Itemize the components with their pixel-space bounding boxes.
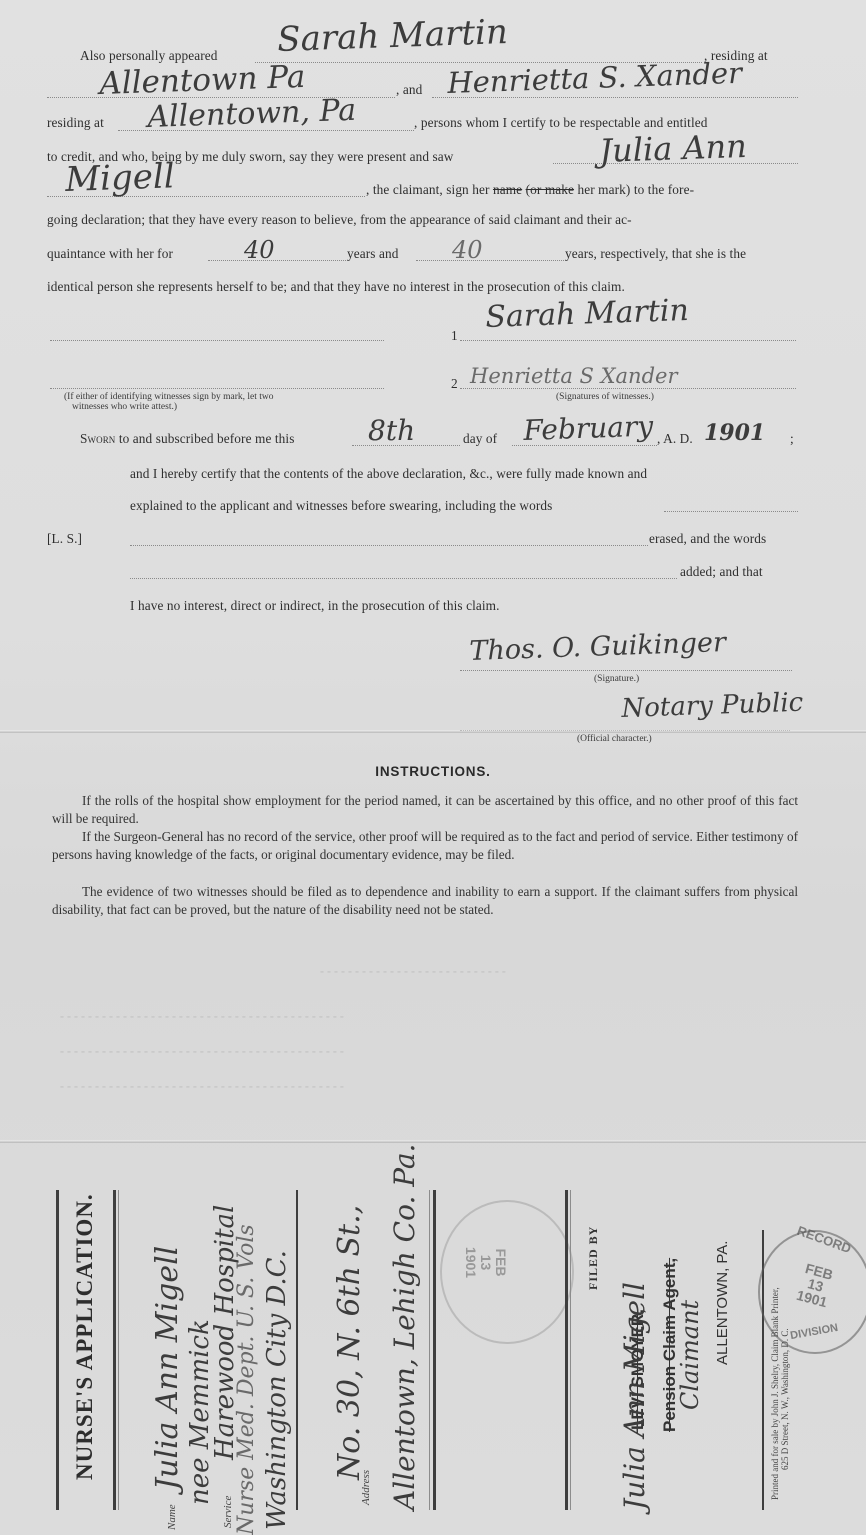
acquaintance-text: quaintance with her for <box>47 245 173 263</box>
years-and-text: years and <box>347 245 398 263</box>
no-interest-text: I have no interest, direct or indirect, … <box>130 597 500 615</box>
document-page: Also personally appeared Sarah Martin , … <box>0 0 866 1535</box>
day-handwriting: 8th <box>368 414 415 447</box>
seal-mark: [L. S.] <box>47 530 82 548</box>
mark-text: her mark) to the fore- <box>577 182 694 197</box>
words-field <box>664 511 798 512</box>
fold-crease-1 <box>0 730 866 733</box>
month-handwriting: February <box>523 409 654 447</box>
years2-handwriting: 40 <box>452 236 483 264</box>
witness-number-1: 1 <box>451 327 458 345</box>
sworn-text: to and subscribed before me this <box>119 431 295 446</box>
erased-text: erased, and the words <box>649 530 766 548</box>
appeared-label: Also personally appeared <box>80 48 218 63</box>
instructions-title: INSTRUCTIONS. <box>0 764 866 779</box>
semicolon: ; <box>790 430 794 448</box>
rule-line <box>429 1190 430 1510</box>
filer-city: ALLENTOWN, PA. <box>714 1241 731 1365</box>
address-handwriting-1: No. 30, N. 6th St., <box>332 1205 367 1480</box>
struck-or-make-text: (or make <box>526 182 574 197</box>
nurses-application-title: NURSE'S APPLICATION. <box>72 1193 98 1480</box>
witness-signature-line-2 <box>460 388 796 389</box>
rule-line <box>118 1190 119 1510</box>
bleed-through-text: - - - - - - - - - - - - - - - - - - - - … <box>320 965 506 980</box>
declaration-text: going declaration; that they have every … <box>47 211 632 229</box>
sworn-line: Sworn to and subscribed before me this <box>80 430 295 448</box>
received-stamp-date: FEB 13 1901 <box>463 1247 508 1278</box>
added-words-field <box>130 578 677 579</box>
years2-field <box>416 260 564 261</box>
filer-handwritten-name: Julia Ann Migell <box>618 1282 651 1510</box>
witness2-residence-handwriting: Allentown, Pa <box>147 93 357 135</box>
bleed-through-text: - - - - - - - - - - - - - - - - - - - - … <box>60 1010 344 1025</box>
name-handwriting-1: Julia Ann Migell <box>150 1246 185 1490</box>
official-character-caption: (Official character.) <box>577 734 652 745</box>
rule-line <box>570 1190 571 1510</box>
year-handwriting: 1901 <box>704 420 765 446</box>
witness-signature-2: Henrietta S Xander <box>470 364 678 388</box>
attest-line-2 <box>50 388 384 389</box>
sworn-word: Sworn <box>80 431 115 446</box>
and-label: , and <box>396 81 422 99</box>
filer-handwritten-role: Claimant <box>676 1300 704 1410</box>
official-character-handwriting: Notary Public <box>621 688 804 724</box>
notary-signature-line <box>460 670 792 671</box>
bleed-through-text: - - - - - - - - - - - - - - - - - - - - … <box>60 1045 344 1060</box>
respectively-text: years, respectively, that she is the <box>565 245 746 263</box>
rule-line <box>56 1190 59 1510</box>
erased-words-field <box>130 545 648 546</box>
bleed-through-text: - - - - - - - - - - - - - - - - - - - - … <box>60 1080 344 1095</box>
rule-line <box>296 1190 298 1510</box>
instruction-paragraph-2: If the Surgeon-General has no record of … <box>52 828 798 864</box>
attest-line-1 <box>50 340 384 341</box>
witness-signature-1: Sarah Martin <box>485 293 690 335</box>
explained-text: explained to the applicant and witnesses… <box>130 497 552 515</box>
service-handwriting-2: Nurse Med. Dept. U. S. Vols <box>234 1224 259 1535</box>
witness-signature-line-1 <box>460 340 796 341</box>
claimant-sign-text: , the claimant, sign her <box>366 182 490 197</box>
years1-field <box>208 260 346 261</box>
attest-note-2: witnesses who write attest.) <box>72 402 177 413</box>
instruction-paragraph-1: If the rolls of the hospital show employ… <box>52 792 798 828</box>
day-of-text: day of <box>463 430 497 448</box>
ad-text: , A. D. <box>657 430 693 448</box>
stamp1-month: FEB <box>493 1247 508 1278</box>
instruction-paragraph-3: The evidence of two witnesses should be … <box>52 883 798 919</box>
service-label: Service <box>222 1496 234 1528</box>
rule-line <box>565 1190 568 1510</box>
certify-contents-text: and I hereby certify that the contents o… <box>130 465 647 483</box>
residing-at-label-2: residing at <box>47 114 104 132</box>
service-handwriting-3: Washington City D.C. <box>262 1250 292 1530</box>
claimant-name-handwriting-1: Julia Ann <box>599 127 748 170</box>
witness-number-2: 2 <box>451 375 458 393</box>
stamp1-year: 1901 <box>463 1247 478 1278</box>
struck-name-text: name <box>493 182 522 197</box>
added-text: added; and that <box>680 563 763 581</box>
rule-line <box>113 1190 116 1510</box>
years1-handwriting: 40 <box>244 236 275 264</box>
docket-panel: NURSE'S APPLICATION. Name Julia Ann Mige… <box>0 1140 866 1535</box>
witnesses-caption: (Signatures of witnesses.) <box>556 392 654 403</box>
signature-caption: (Signature.) <box>594 674 639 685</box>
identical-person-text: identical person she represents herself … <box>47 278 625 296</box>
claimant-name-handwriting-2: Migell <box>65 156 176 200</box>
stamp1-day: 13 <box>478 1247 493 1278</box>
affidavit-line-5: , the claimant, sign her name (or make h… <box>366 181 694 199</box>
filed-by-label: FILED BY <box>586 1226 601 1290</box>
witness1-name-handwriting: Sarah Martin <box>277 12 509 60</box>
address-handwriting-2: Allentown, Lehigh Co. Pa. <box>388 1144 421 1510</box>
notary-signature: Thos. O. Guikinger <box>469 627 726 667</box>
rule-line <box>433 1190 436 1510</box>
name-label: Name <box>166 1504 178 1530</box>
